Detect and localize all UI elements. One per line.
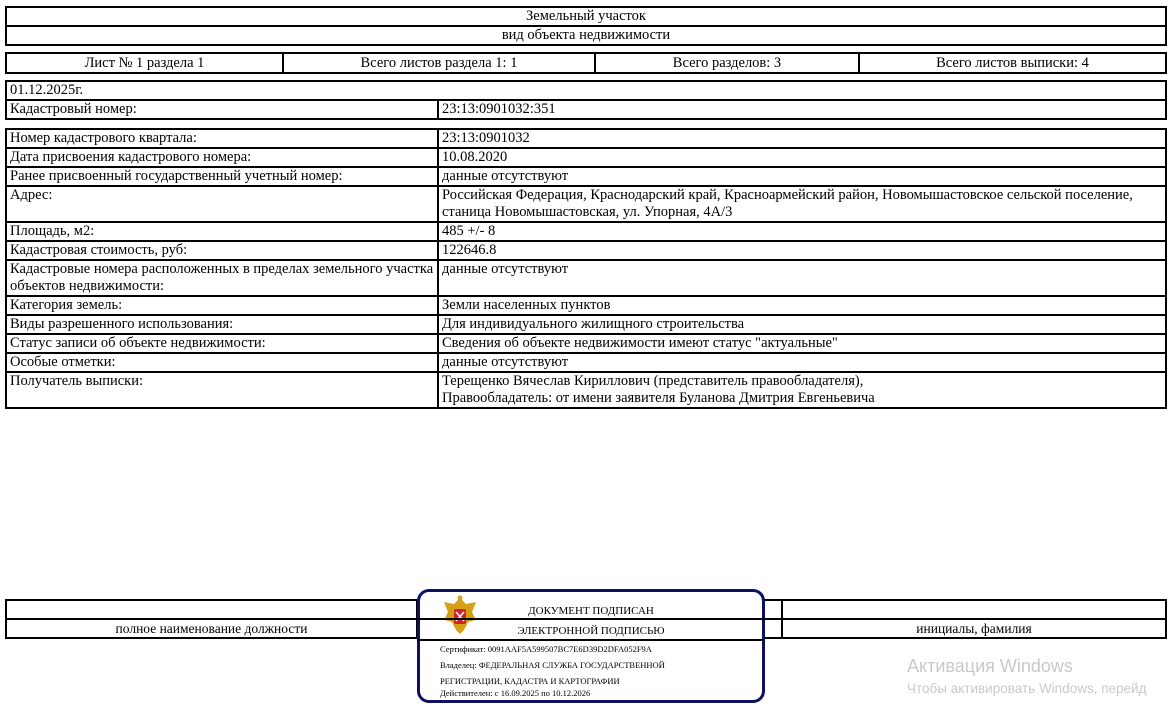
table-row: Площадь, м2:485 +/- 8 <box>6 222 1166 241</box>
table-row: Категория земель:Земли населенных пункто… <box>6 296 1166 315</box>
table-row: Адрес:Российская Федерация, Краснодарски… <box>6 186 1166 222</box>
stamp-title-1: ДОКУМЕНТ ПОДПИСАН <box>420 605 762 617</box>
table-row: Статус записи об объекте недвижимости:Св… <box>6 334 1166 353</box>
windows-activation-title: Активация Windows <box>907 656 1073 677</box>
row-label: Дата присвоения кадастрового номера: <box>6 148 438 167</box>
sheet-number: Лист № 1 раздела 1 <box>6 53 283 73</box>
name-field <box>782 600 1166 619</box>
row-value: данные отсутствуют <box>438 260 1166 296</box>
row-label: Кадастровая стоимость, руб: <box>6 241 438 260</box>
row-value: 23:13:0901032 <box>438 129 1166 148</box>
row-label: Категория земель: <box>6 296 438 315</box>
stamp-certificate: Сертификат: 0091AAF5A599507BC7E6D39D2DFA… <box>440 644 652 654</box>
row-label: Получатель выписки: <box>6 372 438 408</box>
row-label: Площадь, м2: <box>6 222 438 241</box>
object-type-caption: вид объекта недвижимости <box>6 26 1166 45</box>
row-label: Ранее присвоенный государственный учетны… <box>6 167 438 186</box>
property-details-table: Номер кадастрового квартала:23:13:090103… <box>5 128 1167 409</box>
position-caption: полное наименование должности <box>6 619 417 638</box>
row-label: Номер кадастрового квартала: <box>6 129 438 148</box>
total-sheets: Всего листов выписки: 4 <box>859 53 1166 73</box>
electronic-signature-stamp: ДОКУМЕНТ ПОДПИСАН ЭЛЕКТРОННОЙ ПОДПИСЬЮ С… <box>417 589 765 703</box>
stamp-owner-1: Владелец: ФЕДЕРАЛЬНАЯ СЛУЖБА ГОСУДАРСТВЕ… <box>440 660 665 670</box>
object-header-table: Земельный участок вид объекта недвижимос… <box>5 6 1167 46</box>
sheets-in-section: Всего листов раздела 1: 1 <box>283 53 595 73</box>
row-label: Кадастровые номера расположенных в преде… <box>6 260 438 296</box>
row-value: Российская Федерация, Краснодарский край… <box>438 186 1166 222</box>
table-row: Особые отметки:данные отсутствуют <box>6 353 1166 372</box>
row-value-line: Правообладатель: от имени заявителя Була… <box>442 390 1162 407</box>
row-value: 122646.8 <box>438 241 1166 260</box>
object-type: Земельный участок <box>6 7 1166 26</box>
windows-activation-subtitle: Чтобы активировать Windows, перейд <box>907 681 1146 696</box>
cadastral-number-value: 23:13:0901032:351 <box>438 100 1166 119</box>
position-field <box>6 600 417 619</box>
cadastral-number-label: Кадастровый номер: <box>6 100 438 119</box>
table-row: Кадастровая стоимость, руб:122646.8 <box>6 241 1166 260</box>
row-label: Особые отметки: <box>6 353 438 372</box>
row-value: 485 +/- 8 <box>438 222 1166 241</box>
name-caption: инициалы, фамилия <box>782 619 1166 638</box>
table-row: Виды разрешенного использования:Для инди… <box>6 315 1166 334</box>
row-label: Виды разрешенного использования: <box>6 315 438 334</box>
row-label: Статус записи об объекте недвижимости: <box>6 334 438 353</box>
row-label: Адрес: <box>6 186 438 222</box>
row-value: Земли населенных пунктов <box>438 296 1166 315</box>
row-value: Для индивидуального жилищного строительс… <box>438 315 1166 334</box>
row-value: данные отсутствуют <box>438 353 1166 372</box>
table-row: Ранее присвоенный государственный учетны… <box>6 167 1166 186</box>
stamp-validity: Действителен: с 16.09.2025 по 10.12.2026 <box>440 688 590 698</box>
row-value: 10.08.2020 <box>438 148 1166 167</box>
stamp-title-2: ЭЛЕКТРОННОЙ ПОДПИСЬЮ <box>420 625 762 637</box>
table-row: Дата присвоения кадастрового номера:10.0… <box>6 148 1166 167</box>
table-row: Кадастровые номера расположенных в преде… <box>6 260 1166 296</box>
cadastral-table: 01.12.2025г. Кадастровый номер: 23:13:09… <box>5 80 1167 120</box>
total-sections: Всего разделов: 3 <box>595 53 859 73</box>
table-row: Номер кадастрового квартала:23:13:090103… <box>6 129 1166 148</box>
row-value-line: Терещенко Вячеслав Кириллович (представи… <box>442 373 1162 390</box>
table-row: Получатель выписки:Терещенко Вячеслав Ки… <box>6 372 1166 408</box>
row-value: данные отсутствуют <box>438 167 1166 186</box>
sheets-info-table: Лист № 1 раздела 1 Всего листов раздела … <box>5 52 1167 74</box>
stamp-owner-2: РЕГИСТРАЦИИ, КАДАСТРА И КАРТОГРАФИИ <box>440 676 620 686</box>
row-value: Сведения об объекте недвижимости имеют с… <box>438 334 1166 353</box>
row-value: Терещенко Вячеслав Кириллович (представи… <box>438 372 1166 408</box>
document-date: 01.12.2025г. <box>6 81 1166 100</box>
